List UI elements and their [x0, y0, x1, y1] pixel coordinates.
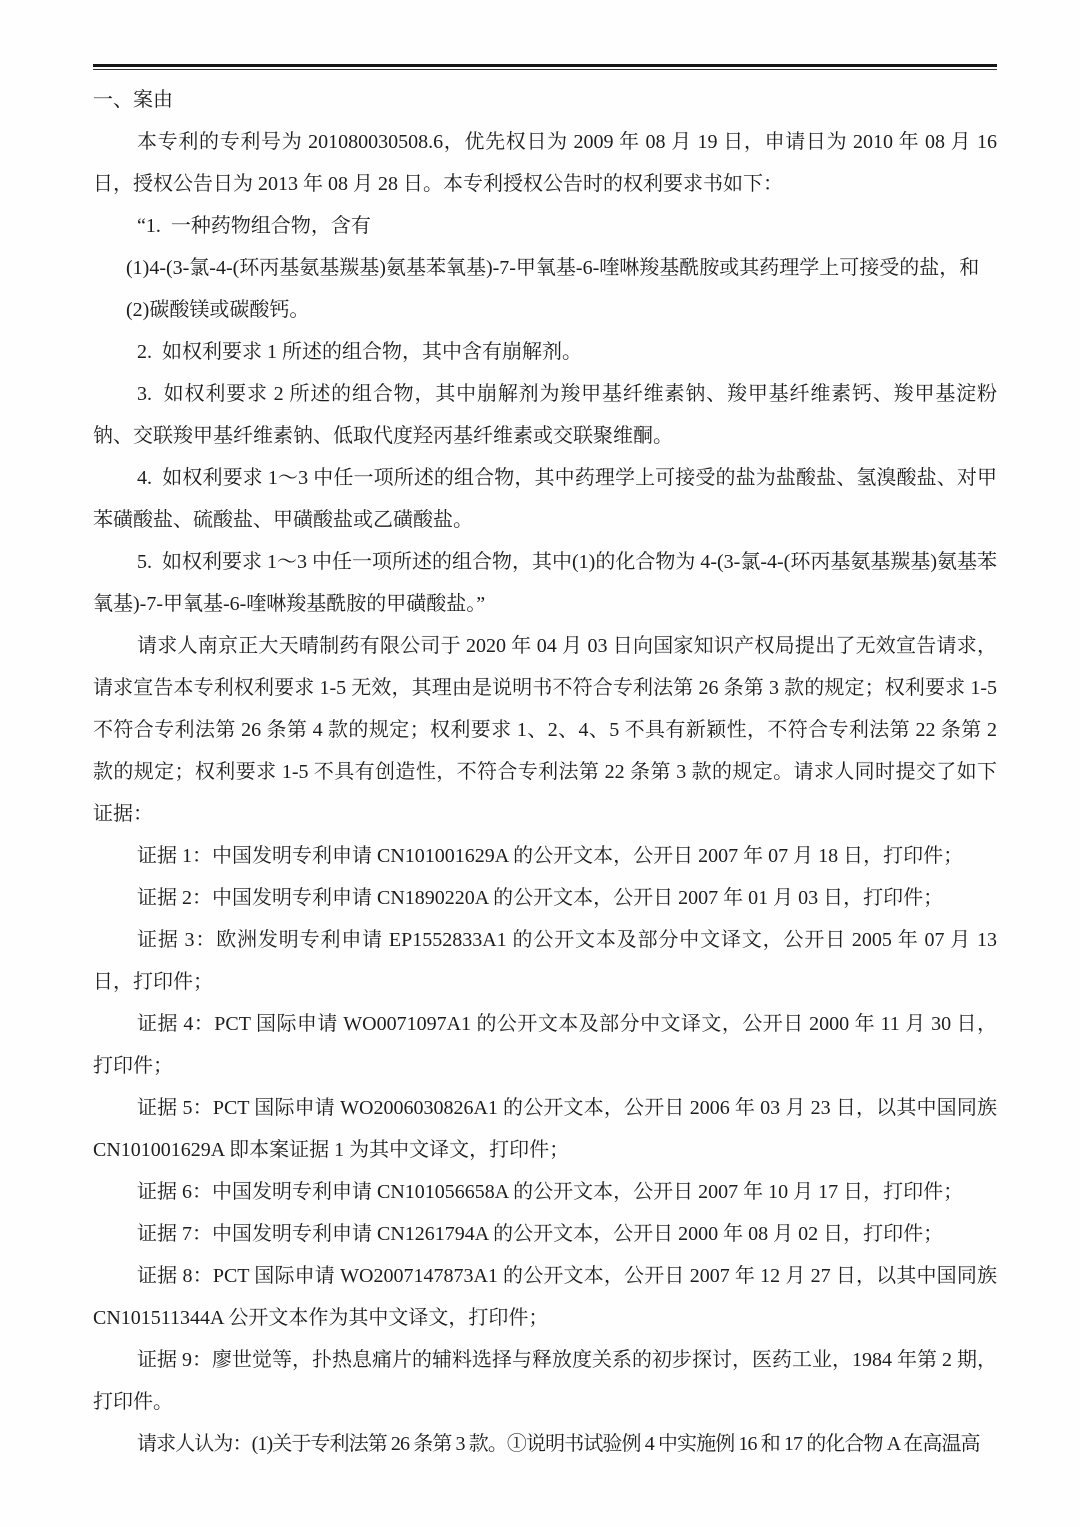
section-heading: 一、案由 [93, 79, 997, 121]
header-rule [93, 64, 997, 70]
evidence-item-1: 证据 1：中国发明专利申请 CN101001629A 的公开文本，公开日 200… [93, 835, 997, 877]
para-claim-1-preamble: “1. 一种药物组合物，含有 [93, 205, 997, 247]
evidence-item-7: 证据 7：中国发明专利申请 CN1261794A 的公开文本，公开日 2000 … [93, 1213, 997, 1255]
evidence-item-9: 证据 9：廖世觉等，扑热息痛片的辅料选择与释放度关系的初步探讨，医药工业，198… [93, 1339, 997, 1423]
evidence-item-5: 证据 5：PCT 国际申请 WO2006030826A1 的公开文本，公开日 2… [93, 1087, 997, 1171]
evidence-item-4: 证据 4：PCT 国际申请 WO0071097A1 的公开文本及部分中文译文，公… [93, 1003, 997, 1087]
page-content: 一、案由 本专利的专利号为 201080030508.6，优先权日为 2009 … [93, 64, 997, 1465]
para-claim-4: 4. 如权利要求 1～3 中任一项所述的组合物，其中药理学上可接受的盐为盐酸盐、… [93, 457, 997, 541]
para-petitioner-opinion: 请求人认为：(1)关于专利法第 26 条第 3 款。①说明书试验例 4 中实施例… [93, 1423, 997, 1465]
para-patent-info: 本专利的专利号为 201080030508.6，优先权日为 2009 年 08 … [93, 121, 997, 205]
para-claim-1-component-1: (1)4-(3-氯-4-(环丙基氨基羰基)氨基苯氧基)-7-甲氧基-6-喹啉羧基… [93, 247, 997, 289]
para-invalidation-request: 请求人南京正大天晴制药有限公司于 2020 年 04 月 03 日向国家知识产权… [93, 625, 997, 835]
case-section: 一、案由 本专利的专利号为 201080030508.6，优先权日为 2009 … [93, 79, 997, 1465]
para-claim-3: 3. 如权利要求 2 所述的组合物，其中崩解剂为羧甲基纤维素钠、羧甲基纤维素钙、… [93, 373, 997, 457]
para-claim-5: 5. 如权利要求 1～3 中任一项所述的组合物，其中(1)的化合物为 4-(3-… [93, 541, 997, 625]
evidence-item-6: 证据 6：中国发明专利申请 CN101056658A 的公开文本，公开日 200… [93, 1171, 997, 1213]
patent-decision-page: 一、案由 本专利的专利号为 201080030508.6，优先权日为 2009 … [0, 0, 1080, 1527]
evidence-item-2: 证据 2：中国发明专利申请 CN1890220A 的公开文本，公开日 2007 … [93, 877, 997, 919]
para-claim-2: 2. 如权利要求 1 所述的组合物，其中含有崩解剂。 [93, 331, 997, 373]
evidence-item-8: 证据 8：PCT 国际申请 WO2007147873A1 的公开文本，公开日 2… [93, 1255, 997, 1339]
evidence-item-3: 证据 3：欧洲发明专利申请 EP1552833A1 的公开文本及部分中文译文，公… [93, 919, 997, 1003]
para-claim-1-component-2: (2)碳酸镁或碳酸钙。 [93, 289, 997, 331]
header-rule-thick-line [93, 64, 997, 67]
header-rule-thin-line [93, 69, 997, 70]
